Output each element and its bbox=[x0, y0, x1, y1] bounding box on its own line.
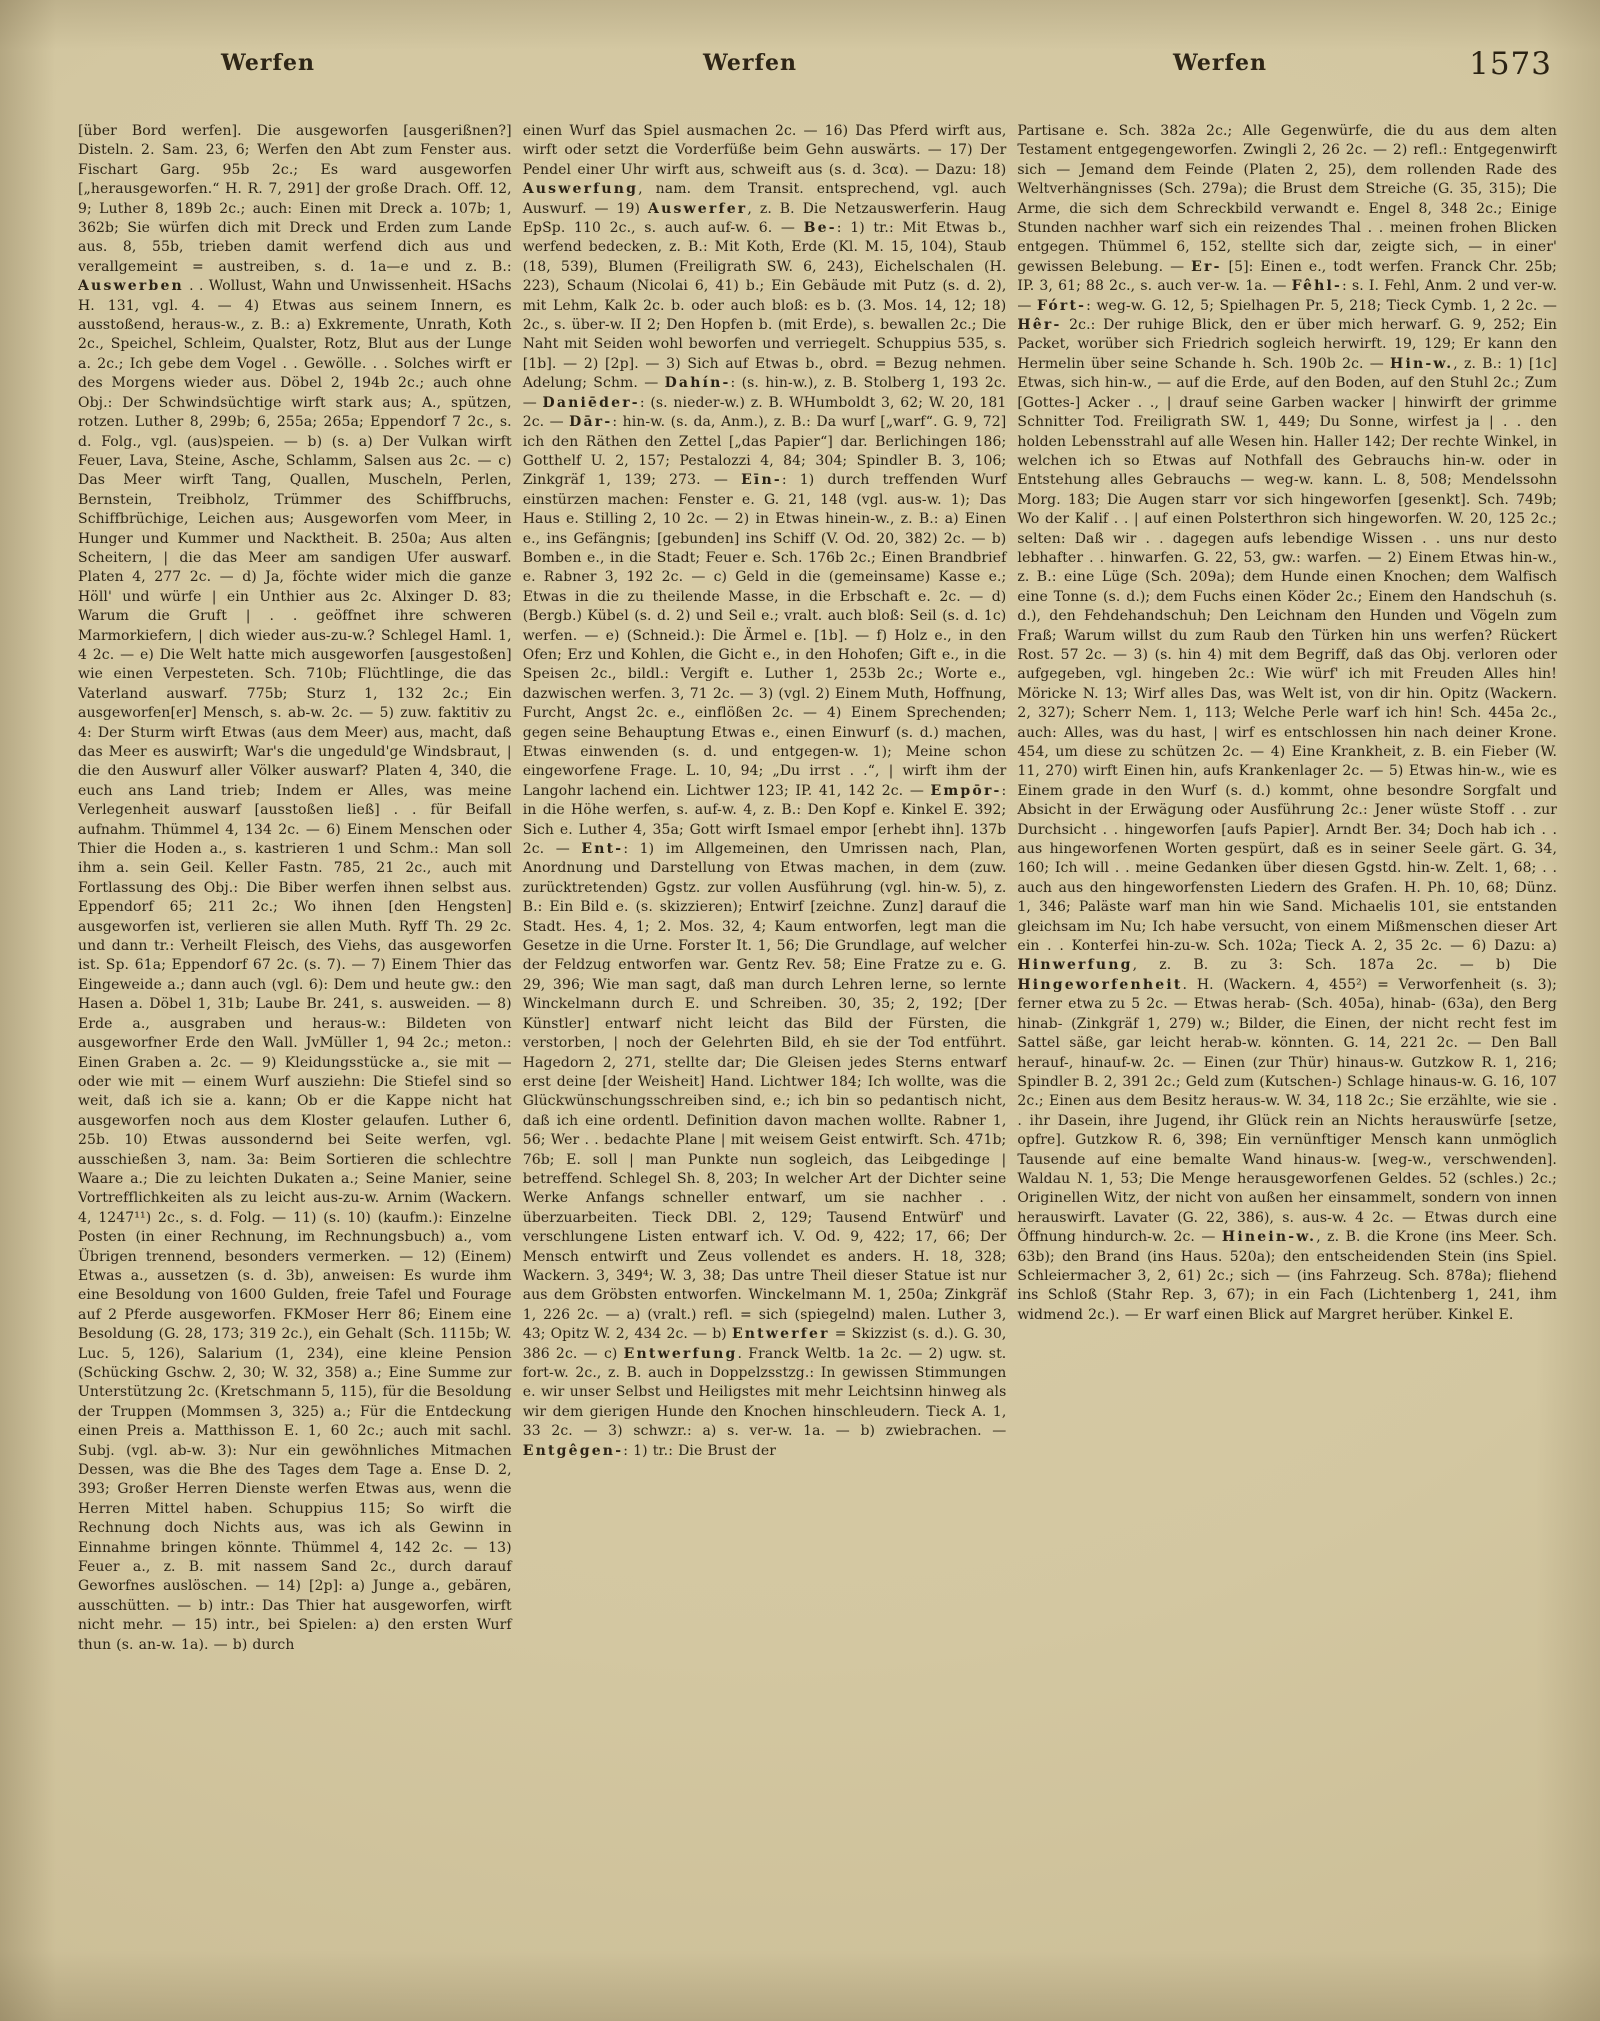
page-number: 1573 bbox=[1469, 46, 1552, 82]
text-run: : 1) tr.: Die Brust der bbox=[623, 1443, 776, 1459]
text-run: , z. B. zu 3: Sch. 187a 2c. — b) Die bbox=[1133, 957, 1557, 973]
entry-headword: Dahín- bbox=[665, 375, 731, 391]
entry-headword: Dār- bbox=[569, 414, 612, 430]
text-run: , z. B.: 1) [1c] Etwas, sich hin-w., — a… bbox=[1017, 356, 1557, 954]
text-column-3: Partisane e. Sch. 382a 2c.; Alle Gegenwü… bbox=[1017, 122, 1557, 1932]
entry-headword: Ent- bbox=[581, 841, 623, 857]
text-column-2: einen Wurf das Spiel ausmachen 2c. — 16)… bbox=[523, 122, 1007, 1932]
text-run: : 1) durch treffenden Wurf einstürzen ma… bbox=[523, 472, 1007, 799]
entry-headword: Entwerfung bbox=[624, 1346, 738, 1362]
text-columns: [über Bord werfen]. Die ausgeworfen [aus… bbox=[78, 122, 1557, 1932]
running-head-column-2: Werfen bbox=[540, 50, 960, 76]
entry-headword: Hinein-w. bbox=[1222, 1229, 1316, 1245]
entry-headword: Fêhl- bbox=[1292, 278, 1342, 294]
entry-headword: Hinwerfung bbox=[1017, 957, 1132, 973]
entry-headword: Hêr- bbox=[1017, 317, 1061, 333]
text-run: . H. (Wackern. 4, 455²) = Verworfenheit … bbox=[1017, 977, 1557, 1245]
entry-headword: Daniēder- bbox=[543, 395, 640, 411]
entry-headword: Er- bbox=[1191, 259, 1221, 275]
text-run: : 1) tr.: Mit Etwas b., werfend bedecken… bbox=[523, 220, 1007, 391]
entry-headword: Hin-w. bbox=[1390, 356, 1453, 372]
entry-headword: Auswerben bbox=[78, 278, 184, 294]
text-run: einen Wurf das Spiel ausmachen 2c. — 16)… bbox=[523, 123, 1007, 178]
running-head-column-3: Werfen bbox=[1030, 50, 1410, 76]
entry-headword: Hingeworfenheit bbox=[1017, 977, 1182, 993]
entry-headword: Entgêgen- bbox=[523, 1443, 624, 1459]
entry-headword: Auswerfer bbox=[648, 201, 747, 217]
text-run: : 1) im Allgemeinen, den Umrissen nach, … bbox=[523, 841, 1007, 1342]
dictionary-page: Werfen Werfen Werfen 1573 [über Bord wer… bbox=[0, 0, 1600, 2021]
text-run: [über Bord werfen]. Die ausgeworfen [aus… bbox=[78, 123, 512, 275]
entry-headword: Empōr- bbox=[931, 783, 1002, 799]
entry-headword: Auswerfung bbox=[523, 181, 638, 197]
entry-headword: Eīn- bbox=[741, 472, 782, 488]
entry-headword: Be- bbox=[804, 220, 837, 236]
text-run: . . Wollust, Wahn und Unwissenheit. HSac… bbox=[78, 278, 512, 1652]
text-run: Partisane e. Sch. 382a 2c.; Alle Gegenwü… bbox=[1017, 123, 1557, 275]
text-run: : weg-w. G. 12, 5; Spielhagen Pr. 5, 218… bbox=[1086, 298, 1557, 314]
entry-headword: Entwerfer bbox=[732, 1326, 830, 1342]
page-header: Werfen Werfen Werfen 1573 bbox=[0, 50, 1600, 90]
text-column-1: [über Bord werfen]. Die ausgeworfen [aus… bbox=[78, 122, 512, 1932]
entry-headword: Fórt- bbox=[1037, 298, 1086, 314]
running-head-column-1: Werfen bbox=[78, 50, 458, 76]
